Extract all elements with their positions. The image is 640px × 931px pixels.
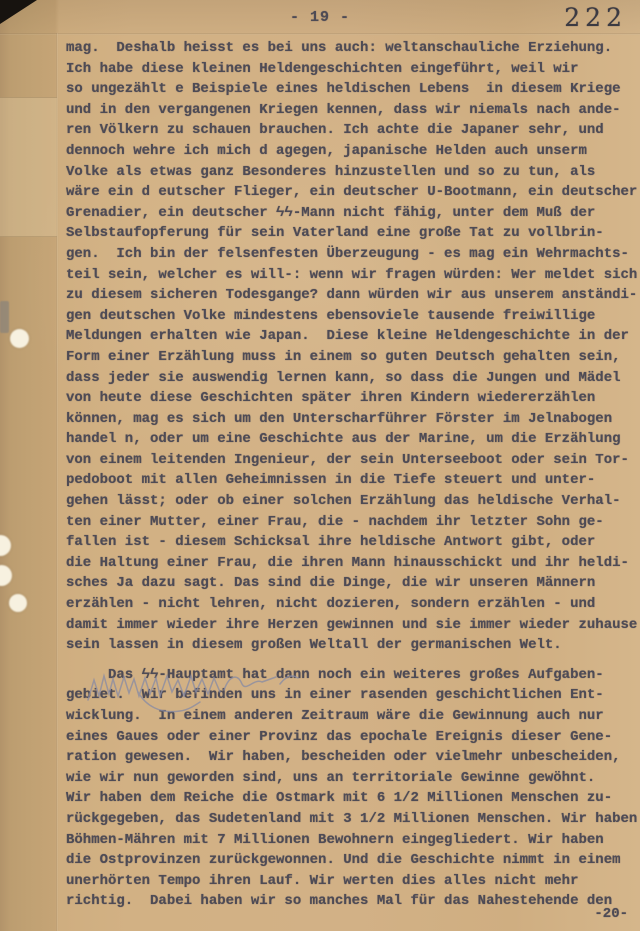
edge-smudge [0,301,9,333]
text-line: dass jeder sie auswendig lernen kann, so… [66,368,637,389]
text-line: wie wir nun geworden sind, uns an territ… [66,768,637,789]
text-line: ten einer Mutter, einer Frau, die - nach… [66,512,637,533]
punch-hole [10,329,29,348]
punch-hole [9,594,27,612]
text-line: Grenadier, ein deutscher ϟϟ-Mann nicht f… [66,203,637,224]
text-line: Wir haben dem Reiche die Ostmark mit 6 1… [66,788,637,809]
text-line: Selbstaufopferung für sein Vaterland ein… [66,223,637,244]
typewritten-text-block: mag. Deshalb heisst es bei uns auch: wel… [66,38,637,912]
text-line: von heute diese Geschichten später ihren… [66,388,637,409]
text-line: sches Ja dazu sagt. Das sind die Dinge, … [66,573,637,594]
text-line: handel n, oder um eine Geschichte aus de… [66,429,637,450]
page-number-header: - 19 - [0,9,640,26]
text-line: ren Völkern zu schauen brauchen. Ich ach… [66,120,637,141]
page-number-footer: -20- [594,906,628,922]
text-line: wäre ein d eutscher Flieger, ein deutsch… [66,182,637,203]
text-line: gen deutschen Volke mindestens ebensovie… [66,306,637,327]
text-line: teil sein, welcher es will-: wenn wir fr… [66,265,637,286]
text-line: fallen ist - diesem Schicksal ihre heldi… [66,532,637,553]
text-line: ration gewesen. Wir haben, bescheiden od… [66,747,637,768]
text-line: Böhmen-Mähren mit 7 Millionen Bewohnern … [66,830,637,851]
punch-hole [0,565,12,586]
text-line: richtig. Dabei haben wir so manches Mal … [66,891,637,912]
text-line: Ich habe diese kleinen Heldengeschichten… [66,59,637,80]
text-line: Volke als etwas ganz Besonderes hinzuste… [66,162,637,183]
text-line: rückgegeben, das Sudetenland mit 3 1/2 M… [66,809,637,830]
text-line: unerhörten Tempo ihren Lauf. Wir werten … [66,871,637,892]
text-line: gebiet. Wir befinden uns in einer rasend… [66,685,637,706]
text-line: gehen lässt; oder ob einer solchen Erzäh… [66,491,637,512]
text-line: die Haltung einer Frau, die ihren Mann h… [66,553,637,574]
text-line: erzählen - nicht lehren, nicht dozieren,… [66,594,637,615]
text-line: die Ostprovinzen zurückgewonnen. Und die… [66,850,637,871]
text-line: gen. Ich bin der felsenfesten Überzeugun… [66,244,637,265]
text-line: Meldungen erhalten wie Japan. Diese klei… [66,326,637,347]
text-line: Form einer Erzählung muss in einem so gu… [66,347,637,368]
text-line: und in den vergangenen Kriegen kennen, d… [66,100,637,121]
text-line: mag. Deshalb heisst es bei uns auch: wel… [66,38,637,59]
text-line-paragraph-start: Das ϟϟ-Hauptamt hat dann noch ein weiter… [66,665,637,686]
tape-patch [0,97,57,237]
archive-stamp-number: 222 [564,3,627,32]
text-line: so ungezählt e Beispiele eines heldische… [66,79,637,100]
text-line: zu diesem sicheren Todesgange? dann würd… [66,285,637,306]
text-line: wicklung. In einem anderen Zeitraum wäre… [66,706,637,727]
text-line: dennoch wehre ich mich d agegen, japanis… [66,141,637,162]
horizontal-crease [0,33,640,35]
text-line: von einem leitenden Ingenieur, der sein … [66,450,637,471]
scanned-document-page: - 19 - 222 mag. Deshalb heisst es bei un… [0,0,640,931]
text-line: können, mag es sich um den Unterscharfüh… [66,409,637,430]
text-line: sein lassen in diesem großen Weltall der… [66,635,637,656]
text-line: damit immer wieder ihre Herzen gewinnen … [66,615,637,636]
text-line: pedoboot mit allen Geheimnissen in die T… [66,470,637,491]
punch-hole [0,535,11,556]
text-line: eines Gaues oder einer Provinz das epoch… [66,727,637,748]
